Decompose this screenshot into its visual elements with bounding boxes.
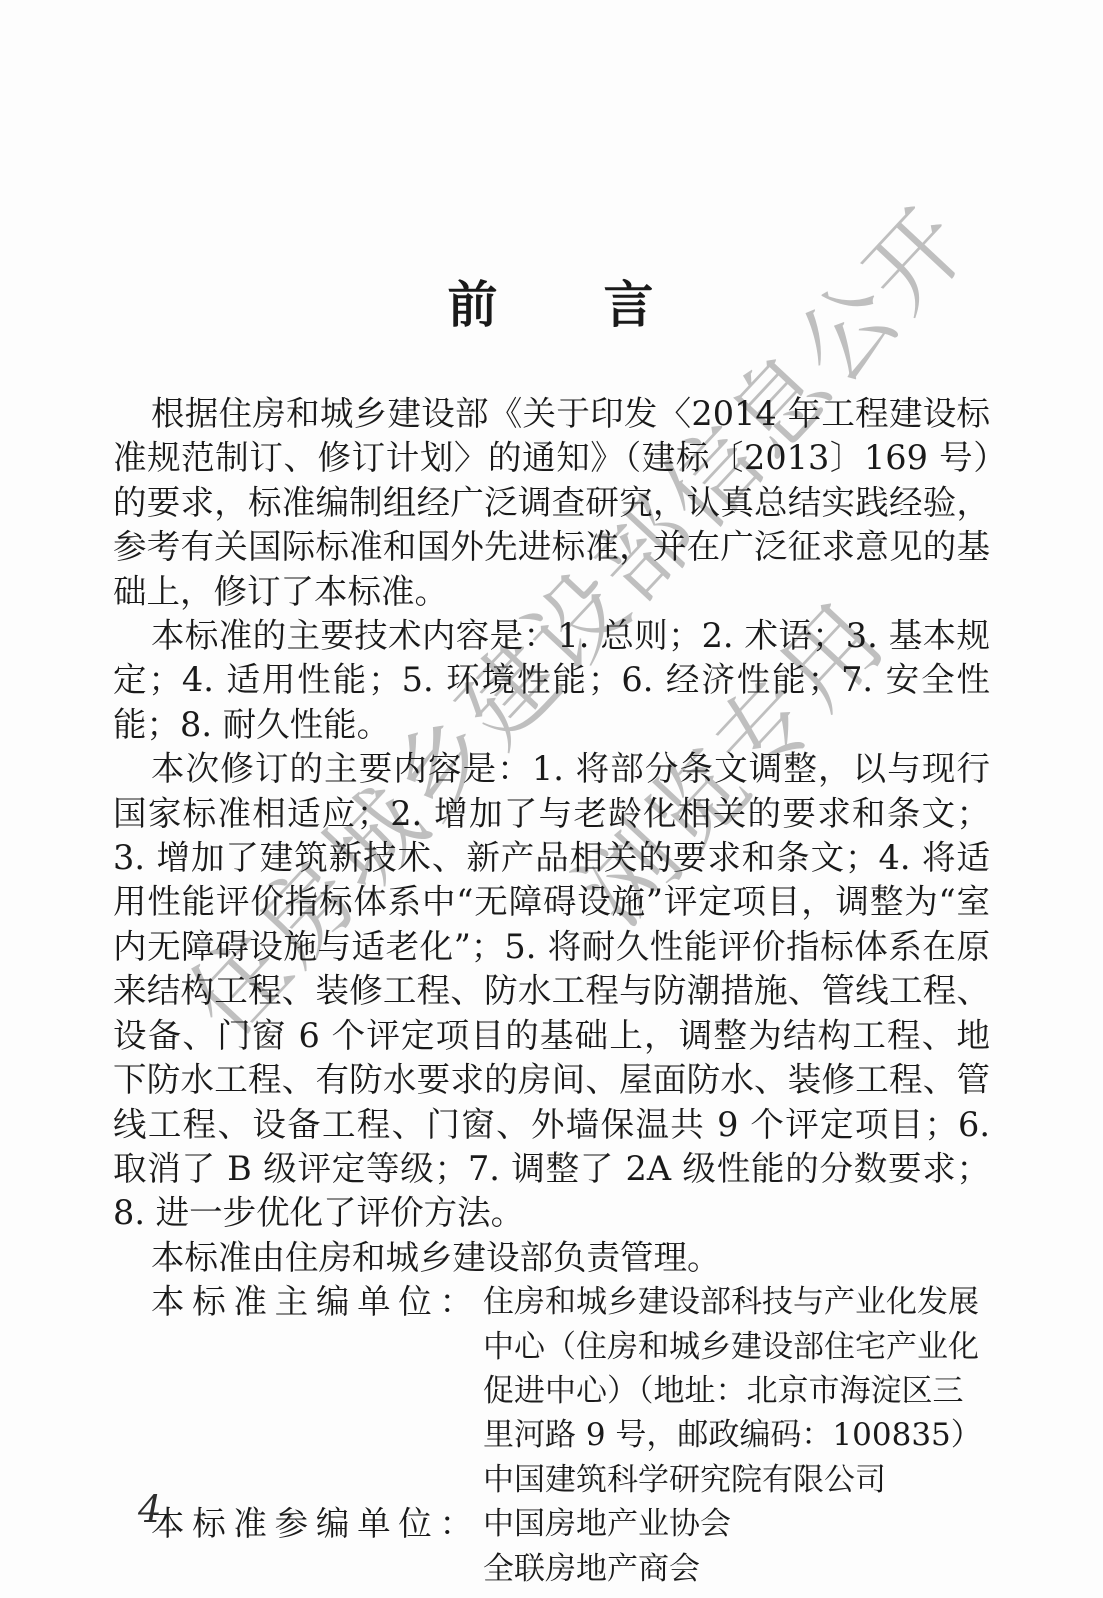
participating-editor-units: 中国房地产业协会 全联房地产商会	[473, 1502, 990, 1591]
page-number: 4	[138, 1488, 162, 1531]
unit-line: 全联房地产商会	[483, 1547, 990, 1591]
unit-line: 中国建筑科学研究院有限公司	[483, 1458, 990, 1502]
chief-editor-row: 本标准主编单位： 住房和城乡建设部科技与产业化发展 中心（住房和城乡建设部住宅产…	[113, 1280, 990, 1502]
participating-editor-label: 本标准参编单位：	[151, 1502, 473, 1591]
paragraph-basis: 根据住房和城乡建设部《关于印发〈2014 年工程建设标准规范制订、修订计划〉的通…	[113, 392, 990, 614]
unit-line: 促进中心）（地址：北京市海淀区三	[483, 1369, 990, 1413]
paragraph-main-contents: 本标准的主要技术内容是：1. 总则；2. 术语；3. 基本规定；4. 适用性能；…	[113, 614, 990, 747]
unit-line: 中心（住房和城乡建设部住宅产业化	[483, 1325, 990, 1369]
page-title: 前 言	[113, 278, 990, 332]
participating-editor-row: 本标准参编单位： 中国房地产业协会 全联房地产商会	[113, 1502, 990, 1591]
paragraph-revision-contents: 本次修订的主要内容是：1. 将部分条文调整，以与现行国家标准相适应；2. 增加了…	[113, 747, 990, 1235]
chief-editor-units: 住房和城乡建设部科技与产业化发展 中心（住房和城乡建设部住宅产业化 促进中心）（…	[473, 1280, 990, 1502]
chief-editor-label: 本标准主编单位：	[151, 1280, 473, 1502]
unit-line: 中国房地产业协会	[483, 1502, 990, 1546]
unit-line: 住房和城乡建设部科技与产业化发展	[483, 1280, 990, 1324]
unit-line: 里河路 9 号，邮政编码：100835）	[483, 1413, 990, 1457]
page-content: 前 言 根据住房和城乡建设部《关于印发〈2014 年工程建设标准规范制订、修订计…	[113, 0, 990, 1591]
paragraph-management: 本标准由住房和城乡建设部负责管理。	[113, 1236, 990, 1280]
document-page: 住房城乡建设部信息公开 浏览专用 前 言 根据住房和城乡建设部《关于印发〈201…	[0, 0, 1103, 1598]
